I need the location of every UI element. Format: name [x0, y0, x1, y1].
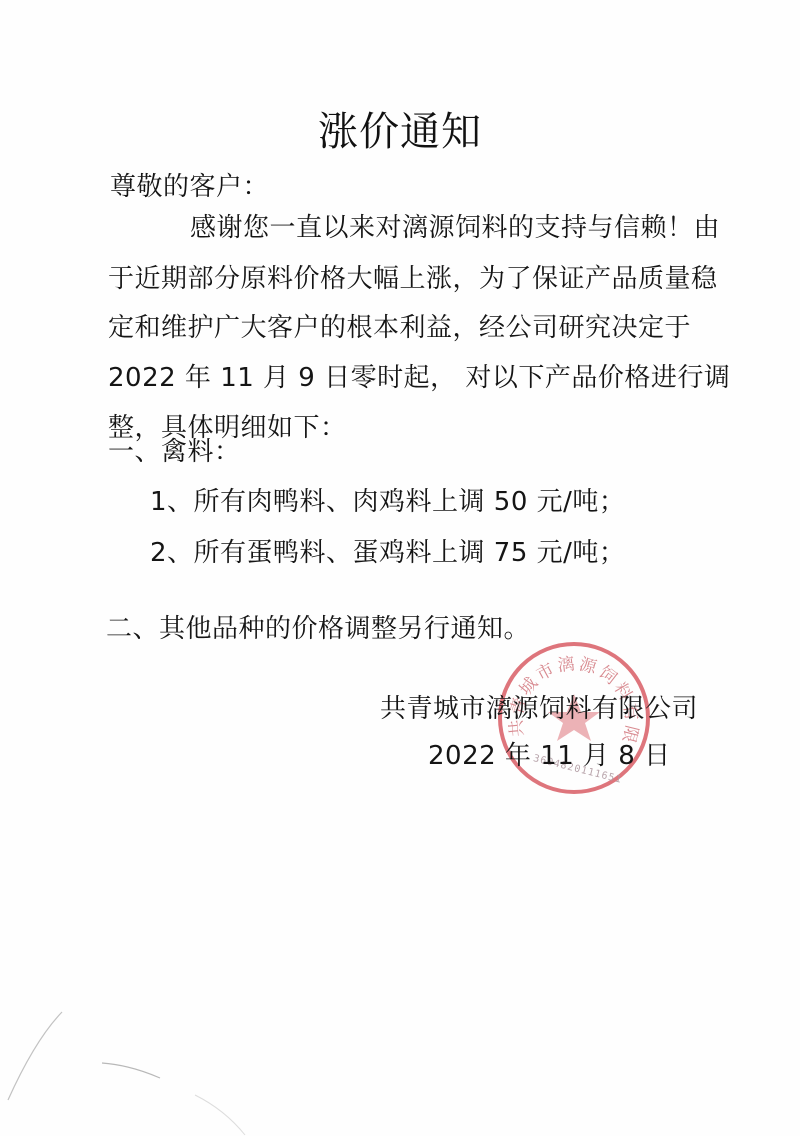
document-page: 涨价通知 尊敬的客户： 感谢您一直以来对漓源饲料的支持与信赖！由 于近期部分原料…	[0, 0, 800, 1136]
signature-company: 共青城市漓源饲料有限公司	[380, 688, 698, 725]
paper-scratch-marks	[0, 950, 300, 1136]
list-item: 2、所有蛋鸭料、蛋鸡料上调 75 元/吨；	[150, 532, 625, 569]
greeting: 尊敬的客户：	[110, 166, 269, 203]
list-item: 1、所有肉鸭料、肉鸡料上调 50 元/吨；	[150, 481, 625, 518]
paragraph-line: 感谢您一直以来对漓源饲料的支持与信赖！由	[190, 207, 720, 244]
paragraph-line: 于近期部分原料价格大幅上涨，为了保证产品质量稳	[108, 258, 718, 295]
section-heading-poultry-feed: 一、禽料：	[108, 431, 241, 468]
paragraph-line: 定和维护广大客户的根本利益，经公司研究决定于	[108, 307, 691, 344]
section-heading-other-products: 二、其他品种的价格调整另行通知。	[106, 608, 530, 645]
paragraph-line: 2022 年 11 月 9 日零时起， 对以下产品价格进行调	[108, 357, 730, 394]
signature-date: 2022 年 11 月 8 日	[428, 735, 671, 772]
document-title: 涨价通知	[0, 100, 800, 157]
